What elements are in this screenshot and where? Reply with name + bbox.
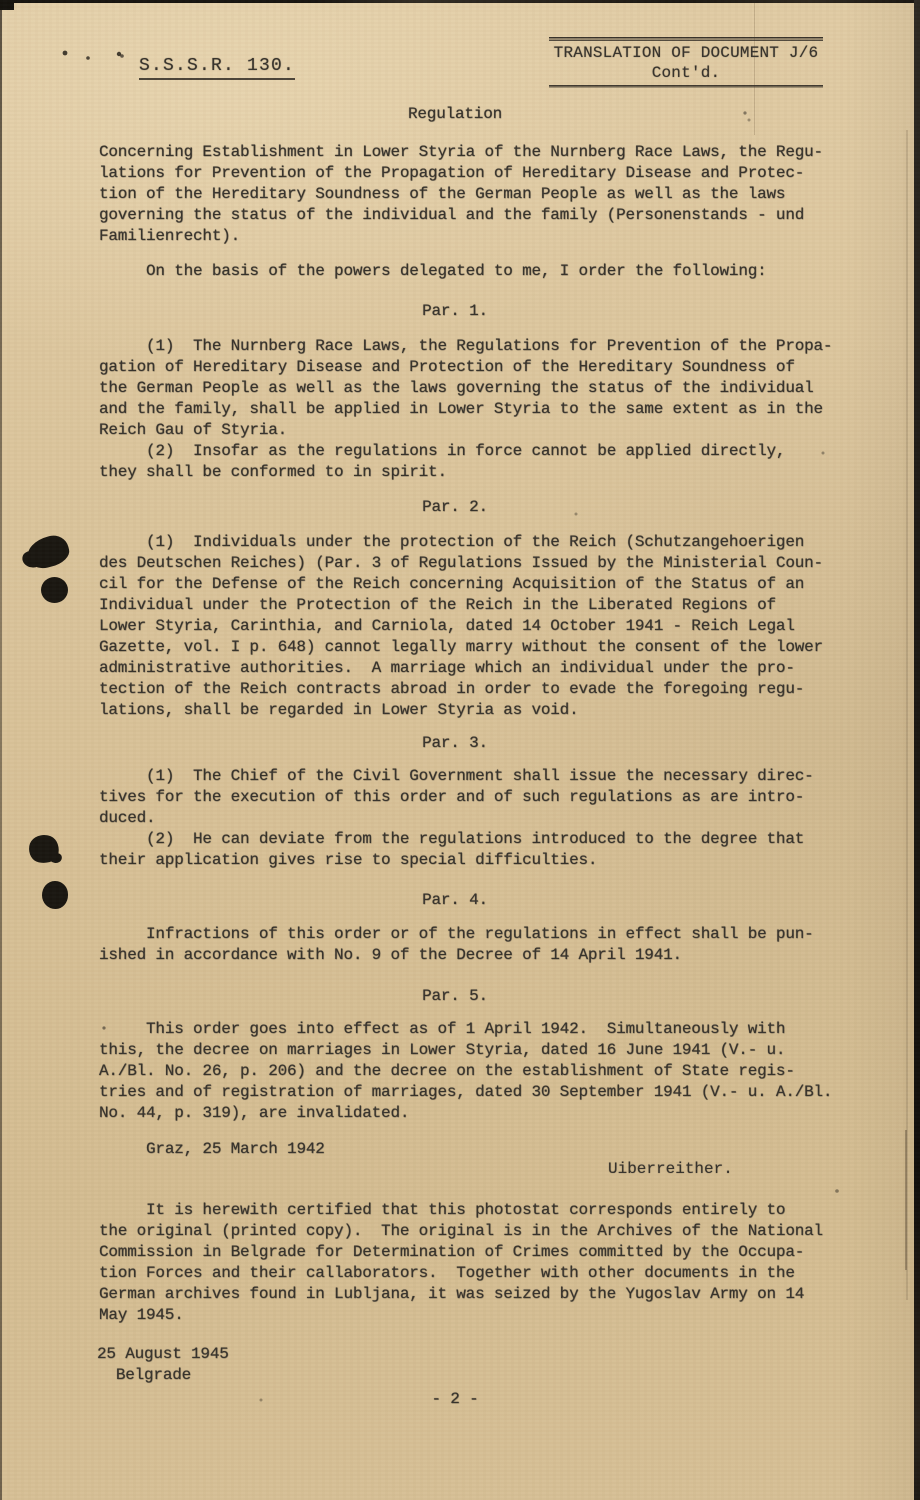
scan-edge-left (0, 0, 2, 1500)
certification-paragraph: It is herewith certified that this photo… (99, 1200, 899, 1326)
ink-specks (0, 0, 2, 2)
translation-header: TRANSLATION OF DOCUMENT J/6 Cont'd. (549, 37, 823, 88)
document-number-stamp: S.S.S.R. 130. (139, 56, 295, 80)
paper-crease (905, 1130, 907, 1270)
par-3-heading: Par. 3. (85, 733, 825, 754)
scan-edge-bottom (0, 1492, 920, 1500)
par-4-body: Infractions of this order or of the regu… (99, 924, 899, 966)
par-2-heading: Par. 2. (85, 497, 825, 518)
par-1-heading: Par. 1. (85, 301, 825, 322)
par-2-body: (1) Individuals under the protection of … (99, 532, 899, 721)
certification-place: Belgrade (97, 1365, 897, 1386)
scanned-document-page: S.S.S.R. 130. TRANSLATION OF DOCUMENT J/… (0, 0, 920, 1500)
certification-date: 25 August 1945 (97, 1344, 897, 1365)
header-rule-bottom (549, 85, 823, 88)
par-1-body: (1) The Nurnberg Race Laws, the Regulati… (99, 336, 899, 483)
document-title: Regulation (85, 104, 825, 125)
order-clause: On the basis of the powers delegated to … (99, 261, 899, 282)
scan-corner-mark (0, 0, 14, 10)
scan-edge-right (914, 0, 920, 1500)
par-4-heading: Par. 4. (85, 890, 825, 911)
par-3-body: (1) The Chief of the Civil Government sh… (99, 766, 899, 871)
paper-crease (906, 130, 908, 1300)
punch-hole-mark (41, 577, 68, 603)
par-5-heading: Par. 5. (85, 986, 825, 1007)
intro-paragraph: Concerning Establishment in Lower Styria… (99, 142, 899, 247)
translation-title: TRANSLATION OF DOCUMENT J/6 (549, 43, 823, 63)
signature-name: Uiberreither. (608, 1160, 733, 1178)
ink-blot (27, 833, 61, 865)
scan-edge-top (0, 0, 920, 3)
place-date-line: Graz, 25 March 1942 (99, 1139, 899, 1160)
punch-hole-mark (42, 881, 68, 909)
par-5-body: This order goes into effect as of 1 Apri… (99, 1019, 899, 1124)
page-number: - 2 - (85, 1389, 825, 1410)
translation-contd: Cont'd. (549, 63, 823, 83)
header-rule-top (549, 37, 823, 41)
ink-blot (24, 532, 72, 571)
